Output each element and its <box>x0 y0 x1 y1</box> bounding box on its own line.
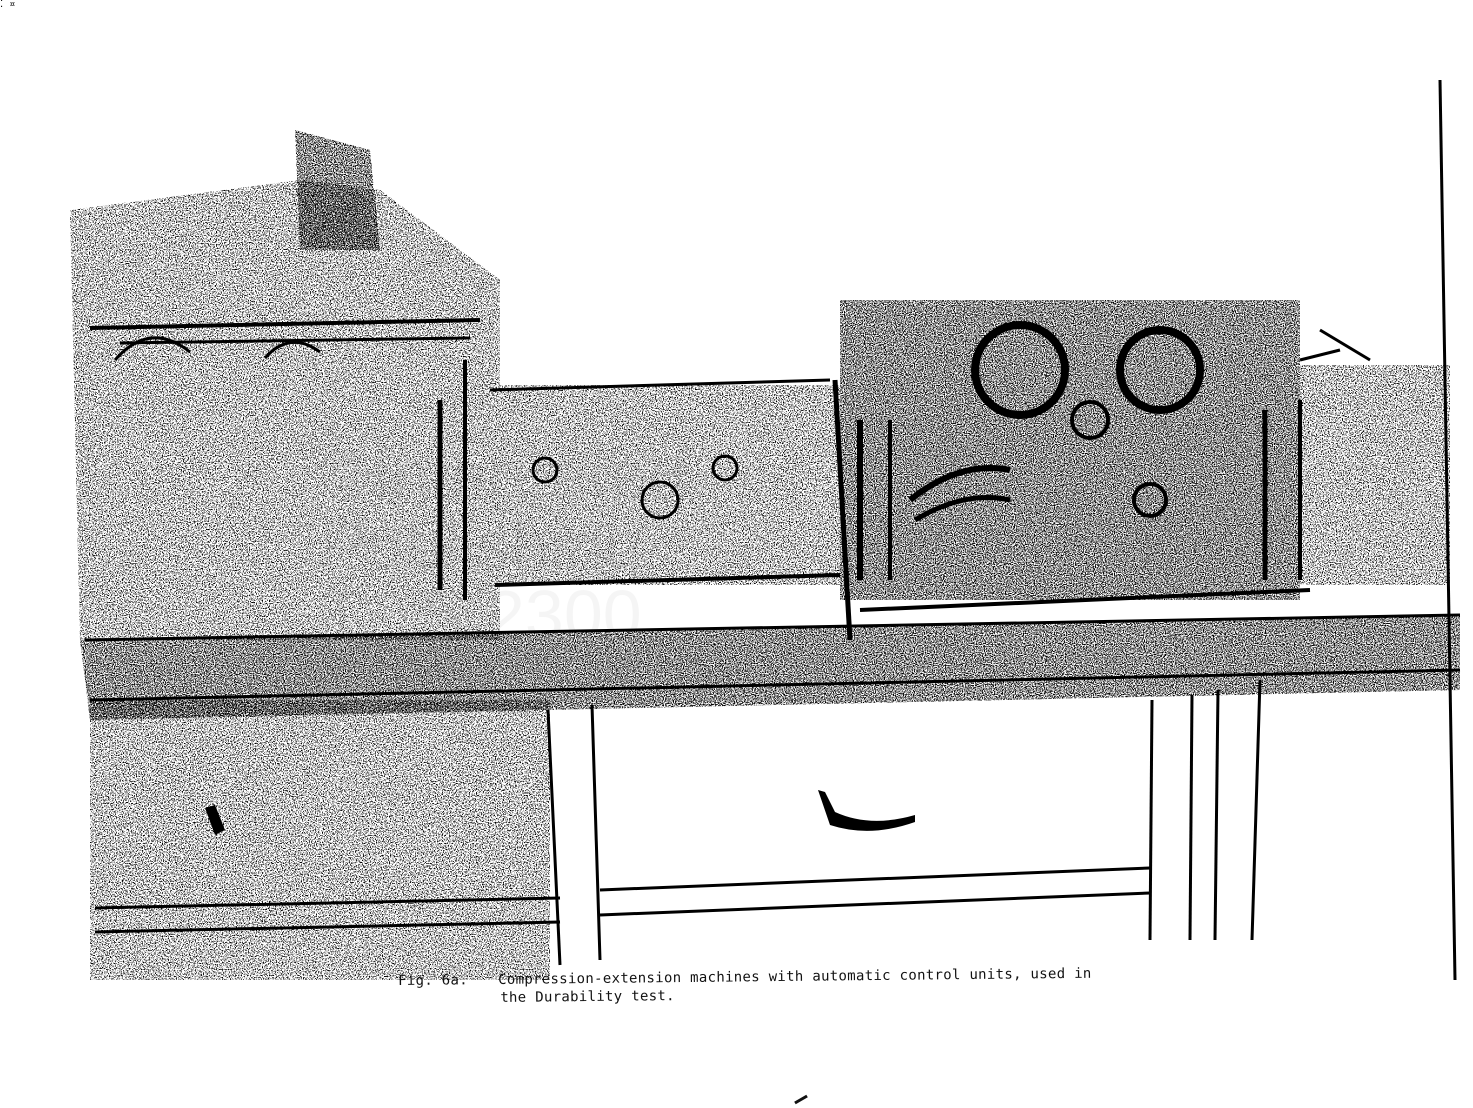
figure-label: Fig. 6a. <box>398 971 498 990</box>
figure-photograph <box>0 0 1473 1108</box>
document-page: ⁚ ¤ <box>0 0 1473 1108</box>
